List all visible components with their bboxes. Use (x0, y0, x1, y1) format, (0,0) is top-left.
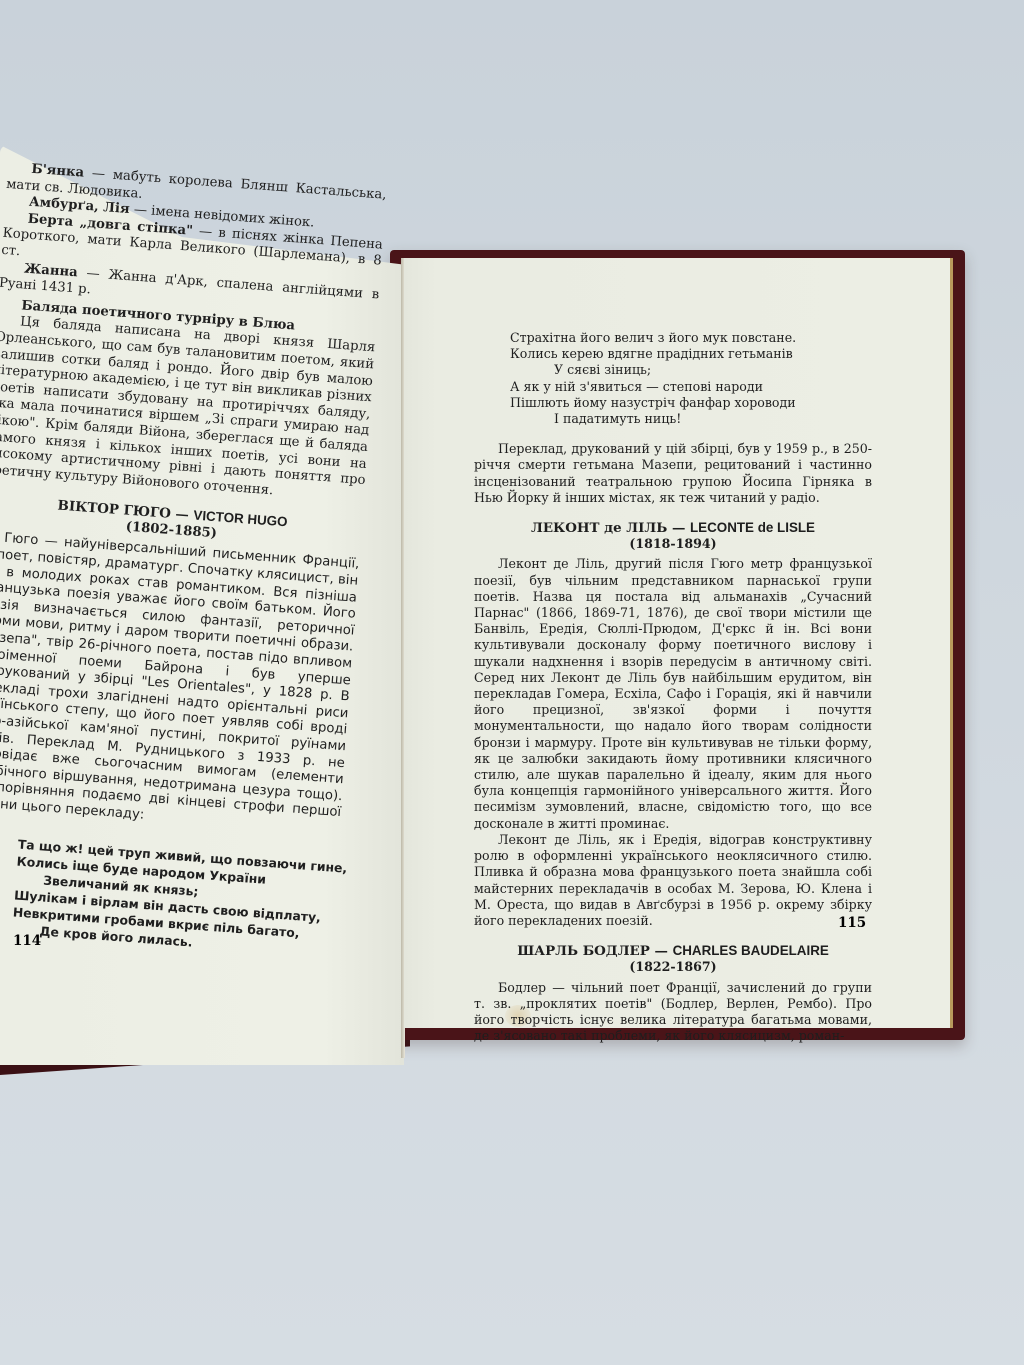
page-number-right: 115 (838, 915, 866, 931)
section-paragraph: Бодлер — чільний поет Франції, зачислени… (474, 980, 872, 1045)
section-heading-leconte: ЛЕКОНТ де ЛІЛЬ — LECONTE de LISLE (474, 520, 872, 536)
section-body: Гюго — найуніверсальніший письменник Фра… (0, 529, 360, 838)
verse-line: Пішлють йому назустріч фанфар хороводи (510, 395, 872, 411)
right-page-text: Страхітна його велич з його мук повстане… (474, 330, 872, 1044)
page-number-left: 114 (13, 933, 41, 949)
open-book: Б'янка — мабуть королева Блянш Кастальсь… (0, 0, 1024, 1365)
ballad-text: Ця баляда написана на дворі князя Шарля … (0, 313, 376, 506)
verse-line: У сяєві зіниць; (510, 362, 872, 378)
verse-block: Страхітна його велич з його мук повстане… (510, 330, 872, 427)
section-years: (1822-1867) (474, 959, 872, 975)
verse-line: Колись керею вдягне прадідних гетьманів (510, 346, 872, 362)
verse-line: Страхітна його велич з його мук повстане… (510, 330, 872, 346)
left-page-text: Б'янка — мабуть королева Блянш Кастальсь… (0, 160, 387, 960)
section-paragraph: Леконт де Ліль, другий після Гюго метр ф… (474, 556, 872, 831)
section-years: (1818-1894) (474, 536, 872, 552)
verse-line: А як у ній з'явиться — степові народи (510, 379, 872, 395)
section-paragraph: Леконт де Ліль, як і Ередія, відограв ко… (474, 832, 872, 929)
section-heading-baudelaire: ШАРЛЬ БОДЛЕР — CHARLES BAUDELAIRE (474, 943, 872, 959)
translation-note: Переклад, друкований у цій збірці, був у… (474, 441, 872, 506)
verse-line: І падатимуть ниць! (510, 411, 872, 427)
